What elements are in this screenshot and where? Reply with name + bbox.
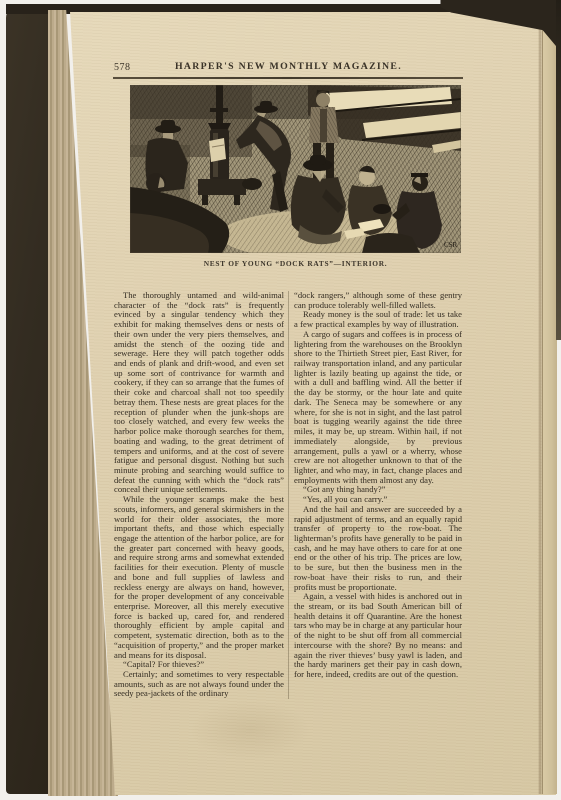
binding-edge-shadow — [556, 0, 561, 340]
header-rule — [113, 77, 463, 79]
paragraph: And the hail and answer are succeeded by… — [294, 505, 462, 592]
running-header: 578 HARPER'S NEW MONTHLY MAGAZINE. — [114, 61, 463, 75]
paragraph: Ready money is the soul of trade: let us… — [294, 310, 462, 329]
engraving-illustration: CSR — [130, 85, 461, 253]
paragraph: The thoroughly untamed and wild-animal c… — [114, 291, 284, 495]
paragraph: While the younger scamps make the best s… — [114, 495, 284, 660]
engraver-signature: CSR — [444, 241, 458, 249]
next-page-edge — [542, 16, 557, 794]
column-right: “dock rangers,” although some of these g… — [288, 291, 462, 699]
engraving-caption: NEST OF YOUNG “DOCK RATS”—INTERIOR. — [130, 259, 461, 268]
paragraph: A cargo of sugars and coffees is in proc… — [294, 330, 462, 486]
engraving-figure: CSR NEST OF YOUNG “DOCK RATS”—INTERIOR. — [130, 85, 461, 268]
paragraph: Certainly; and sometimes to very respect… — [114, 670, 284, 699]
paragraph: “dock rangers,” although some of these g… — [294, 291, 462, 310]
column-left: The thoroughly untamed and wild-animal c… — [114, 291, 288, 699]
magazine-title: HARPER'S NEW MONTHLY MAGAZINE. — [114, 61, 463, 72]
paragraph: Again, a vessel with hides is anchored o… — [294, 592, 462, 679]
article-body: The thoroughly untamed and wild-animal c… — [114, 291, 464, 699]
scanned-book-photo: 578 HARPER'S NEW MONTHLY MAGAZINE. — [0, 0, 561, 800]
